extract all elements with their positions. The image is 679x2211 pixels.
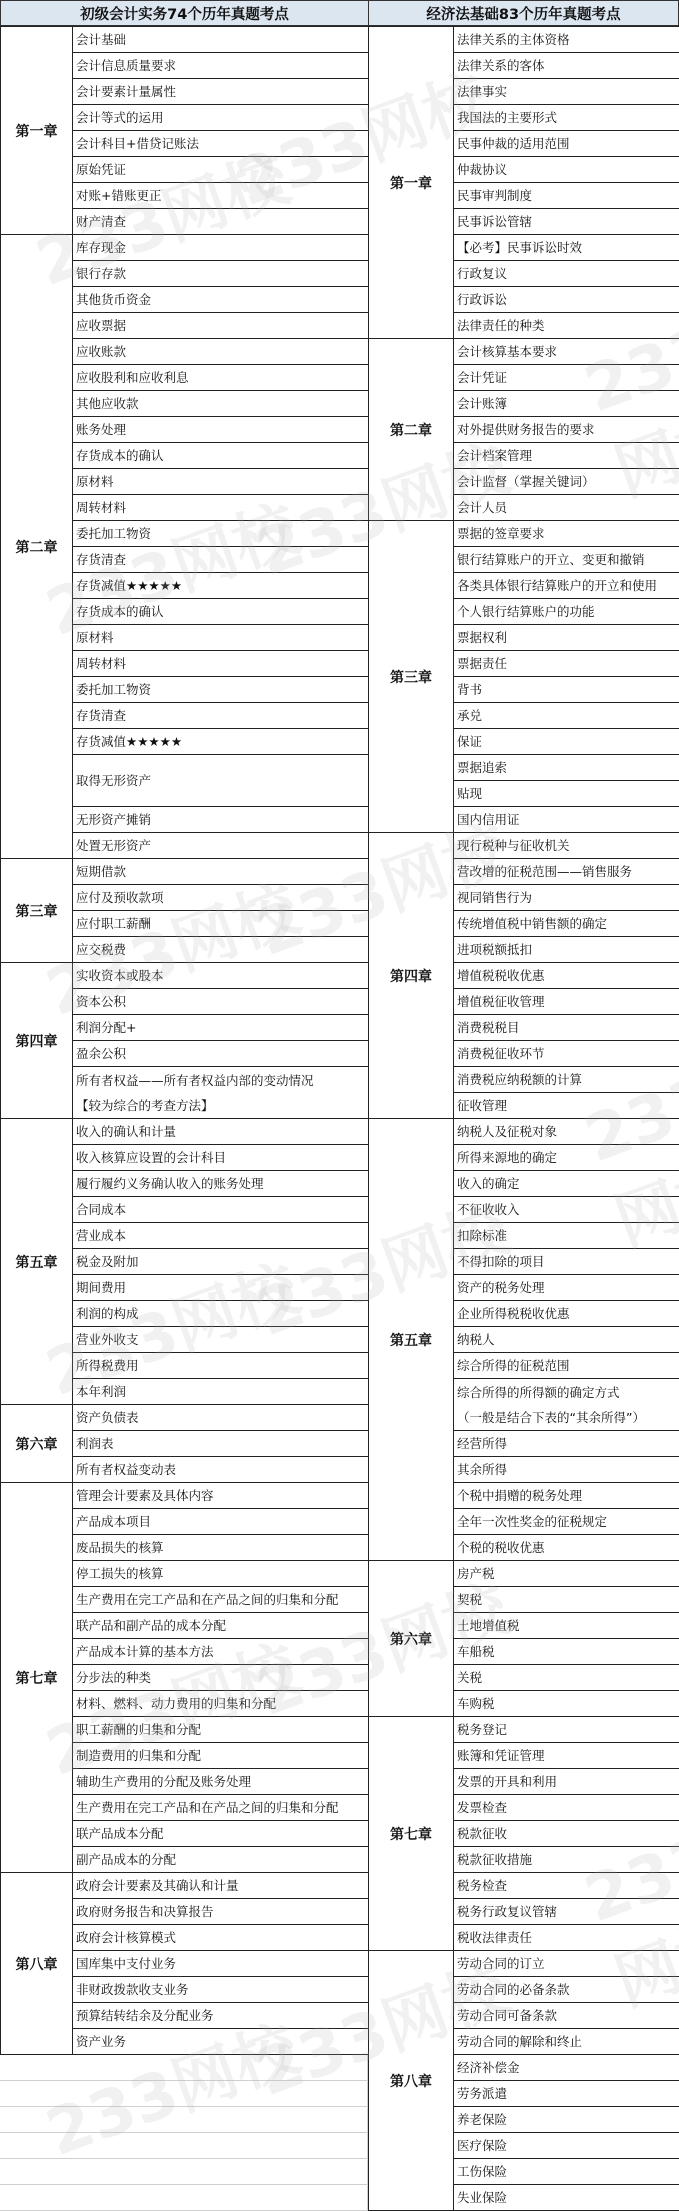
left-topic-cell: 利润表 <box>72 1430 369 1457</box>
topic-text: 民事诉讼管辖 <box>457 209 679 234</box>
left-topic-cell: 账务处理 <box>72 416 369 443</box>
topic-text: 应收票据 <box>76 313 368 338</box>
topic-text: 法律关系的主体资格 <box>457 27 679 52</box>
right-topic-cell: 不征收收入 <box>453 1196 679 1223</box>
topic-text: 对账+错账更正 <box>76 183 368 208</box>
empty-cell <box>0 2107 73 2133</box>
right-topic-cell: 对外提供财务报告的要求 <box>453 416 679 443</box>
topic-text: 存货清查 <box>76 547 368 572</box>
topic-text: 期间费用 <box>76 1275 368 1300</box>
topic-text: 劳动合同的解除和终止 <box>457 2029 679 2054</box>
topic-text: 联产品成本分配 <box>76 1821 368 1846</box>
topic-text: 账簿和凭证管理 <box>457 1743 679 1768</box>
left-topic-cell: 无形资产摊销 <box>72 806 369 833</box>
topic-text: 委托加工物资 <box>76 521 368 546</box>
topic-text: 周转材料 <box>76 651 368 676</box>
right-topic-cell: 房产税 <box>453 1560 679 1587</box>
topic-text: 营改增的征税范围——销售服务 <box>457 859 679 884</box>
right-topic-cell: 全年一次性奖金的征税规定 <box>453 1508 679 1535</box>
right-topic-cell: 纳税人 <box>453 1326 679 1353</box>
empty-cell <box>0 2133 73 2159</box>
topic-text: 保证 <box>457 729 679 754</box>
topic-text: 会计核算基本要求 <box>457 339 679 364</box>
topic-text: 会计人员 <box>457 495 679 520</box>
topic-text: 资产负债表 <box>76 1405 368 1430</box>
left-chapter-cell: 第四章 <box>0 962 73 1119</box>
topic-text: 全年一次性奖金的征税规定 <box>457 1509 679 1534</box>
right-topic-cell: 法律关系的主体资格 <box>453 26 679 53</box>
topic-text: 税款征收 <box>457 1821 679 1846</box>
right-topic-cell: 会计核算基本要求 <box>453 338 679 365</box>
empty-cell <box>0 2055 73 2081</box>
left-topic-cell: 其他货币资金 <box>72 286 369 313</box>
right-topic-cell: 发票的开具和利用 <box>453 1768 679 1795</box>
right-topic-cell: 承兑 <box>453 702 679 729</box>
empty-cell <box>72 2133 368 2159</box>
topic-text: 政府财务报告和决算报告 <box>76 1899 368 1924</box>
topic-text: 政府会计核算模式 <box>76 1925 368 1950</box>
left-topic-cell: 合同成本 <box>72 1196 369 1223</box>
topic-text: 银行存款 <box>76 261 368 286</box>
right-chapter-cell: 第一章 <box>368 26 454 339</box>
left-topic-cell: 本年利润 <box>72 1378 369 1405</box>
left-topic-cell: 取得无形资产 <box>72 754 369 807</box>
topic-text: 应收账款 <box>76 339 368 364</box>
topic-text: 取得无形资产 <box>76 768 368 793</box>
topic-text: 生产费用在完工产品和在产品之间的归集和分配 <box>76 1795 368 1820</box>
left-topic-cell: 应付及预收款项 <box>72 884 369 911</box>
right-topic-cell: 个税中捐赠的税务处理 <box>453 1482 679 1509</box>
left-topic-cell: 应收账款 <box>72 338 369 365</box>
topic-text: 行政复议 <box>457 261 679 286</box>
left-topic-cell: 材料、燃料、动力费用的归集和分配 <box>72 1690 369 1717</box>
topic-text: 其余所得 <box>457 1457 679 1482</box>
right-topic-cell: 税务登记 <box>453 1716 679 1743</box>
topic-text: 材料、燃料、动力费用的归集和分配 <box>76 1691 368 1716</box>
topic-text: 传统增值税中销售额的确定 <box>457 911 679 936</box>
topic-text: 联产品和副产品的成本分配 <box>76 1613 368 1638</box>
right-topic-cell: 企业所得税税收优惠 <box>453 1300 679 1327</box>
left-topic-cell: 营业外收支 <box>72 1326 369 1353</box>
topic-text: 贴现 <box>457 781 679 806</box>
topic-text: 辅助生产费用的分配及账务处理 <box>76 1769 368 1794</box>
right-topic-cell: 车购税 <box>453 1690 679 1717</box>
topic-text: 应付职工薪酬 <box>76 911 368 936</box>
topic-text-line2: （一般是结合下表的“其余所得”） <box>457 1405 679 1430</box>
topic-text: 会计档案管理 <box>457 443 679 468</box>
right-topic-cell: 增值税税收优惠 <box>453 962 679 989</box>
topic-text: 收入的确定 <box>457 1171 679 1196</box>
left-topic-cell: 委托加工物资 <box>72 676 369 703</box>
right-topic-cell: 其余所得 <box>453 1456 679 1483</box>
topic-text: 背书 <box>457 677 679 702</box>
topic-text: 消费税应纳税额的计算 <box>457 1067 679 1092</box>
left-topic-cell: 期间费用 <box>72 1274 369 1301</box>
topic-text: 车船税 <box>457 1639 679 1664</box>
topic-text: 民事仲裁的适用范围 <box>457 131 679 156</box>
right-topic-cell: 会计人员 <box>453 494 679 521</box>
right-topic-cell: 土地增值税 <box>453 1612 679 1639</box>
right-chapter-cell: 第七章 <box>368 1716 454 1951</box>
left-topic-cell: 原始凭证 <box>72 156 369 183</box>
topic-text: 废品损失的核算 <box>76 1535 368 1560</box>
left-topic-cell: 分步法的种类 <box>72 1664 369 1691</box>
left-chapter-cell: 第七章 <box>0 1482 73 1873</box>
right-topic-cell: 劳务派遣 <box>453 2080 679 2107</box>
left-topic-cell: 资产负债表 <box>72 1404 369 1431</box>
topic-text: 【必考】民事诉讼时效 <box>457 235 679 260</box>
topic-text: 个税的税收优惠 <box>457 1535 679 1560</box>
topic-text: 会计科目+借贷记账法 <box>76 131 368 156</box>
topic-text: 养老保险 <box>457 2107 679 2132</box>
topic-text: 票据责任 <box>457 651 679 676</box>
topic-text: 副产品成本的分配 <box>76 1847 368 1872</box>
topic-text: 存货成本的确认 <box>76 599 368 624</box>
topic-text: 资产业务 <box>76 2029 368 2054</box>
right-topic-cell: 现行税种与征收机关 <box>453 832 679 859</box>
right-topic-cell: 营改增的征税范围——销售服务 <box>453 858 679 885</box>
topic-text: 利润的构成 <box>76 1301 368 1326</box>
right-topic-cell: 仲裁协议 <box>453 156 679 183</box>
topic-text: 劳务派遣 <box>457 2081 679 2106</box>
right-topic-cell: 民事仲裁的适用范围 <box>453 130 679 157</box>
right-topic-cell: 劳动合同的必备条款 <box>453 1976 679 2003</box>
left-topic-cell: 存货成本的确认 <box>72 442 369 469</box>
topic-text: 收入核算应设置的会计科目 <box>76 1145 368 1170</box>
topic-text: 税务行政复议管辖 <box>457 1899 679 1924</box>
topic-text: 会计要素计量属性 <box>76 79 368 104</box>
right-topic-cell: 我国法的主要形式 <box>453 104 679 131</box>
left-topic-cell: 收入核算应设置的会计科目 <box>72 1144 369 1171</box>
right-topic-cell: 国内信用证 <box>453 806 679 833</box>
right-topic-cell: 银行结算账户的开立、变更和撤销 <box>453 546 679 573</box>
left-topic-cell: 利润的构成 <box>72 1300 369 1327</box>
topic-text: 收入的确认和计量 <box>76 1119 368 1144</box>
left-topic-cell: 原材料 <box>72 624 369 651</box>
topic-text: 国库集中支付业务 <box>76 1951 368 1976</box>
empty-cell <box>0 2081 73 2107</box>
right-topic-cell: 资产的税务处理 <box>453 1274 679 1301</box>
left-chapter-cell: 第三章 <box>0 858 73 963</box>
right-topic-cell: 票据追索 <box>453 754 679 781</box>
right-topic-cell: 税款征收措施 <box>453 1846 679 1873</box>
left-topic-cell: 存货清查 <box>72 702 369 729</box>
topic-text: 无形资产摊销 <box>76 807 368 832</box>
topic-text: 其他货币资金 <box>76 287 368 312</box>
topic-text: 制造费用的归集和分配 <box>76 1743 368 1768</box>
left-topic-cell: 政府会计核算模式 <box>72 1924 369 1951</box>
right-topic-cell: 【必考】民事诉讼时效 <box>453 234 679 261</box>
left-topic-cell: 辅助生产费用的分配及账务处理 <box>72 1768 369 1795</box>
right-topic-cell: 税款征收 <box>453 1820 679 1847</box>
topic-text: 会计信息质量要求 <box>76 53 368 78</box>
right-topic-cell: 各类具体银行结算账户的开立和使用 <box>453 572 679 599</box>
topic-text: 处置无形资产 <box>76 833 368 858</box>
left-topic-cell: 存货减值★★★★★ <box>72 572 369 599</box>
right-topic-cell: 会计凭证 <box>453 364 679 391</box>
topic-text: 票据权利 <box>457 625 679 650</box>
right-topic-cell: 医疗保险 <box>453 2132 679 2159</box>
topic-text: 劳动合同的订立 <box>457 1951 679 1976</box>
left-topic-cell: 收入的确认和计量 <box>72 1118 369 1145</box>
left-topic-cell: 应付职工薪酬 <box>72 910 369 937</box>
right-topic-cell: 会计档案管理 <box>453 442 679 469</box>
topic-text: 征收管理 <box>457 1093 679 1118</box>
topic-text: 营业外收支 <box>76 1327 368 1352</box>
right-topic-cell: 保证 <box>453 728 679 755</box>
topic-text: 产品成本项目 <box>76 1509 368 1534</box>
right-topic-cell: 征收管理 <box>453 1092 679 1119</box>
right-topic-cell: 票据责任 <box>453 650 679 677</box>
topic-text: 会计基础 <box>76 27 368 52</box>
topic-text: 利润分配+ <box>76 1015 368 1040</box>
topic-text: 委托加工物资 <box>76 677 368 702</box>
empty-cell <box>0 2185 73 2211</box>
left-topic-cell: 政府会计要素及其确认和计量 <box>72 1872 369 1899</box>
topic-text: 税金及附加 <box>76 1249 368 1274</box>
left-topic-cell: 存货成本的确认 <box>72 598 369 625</box>
left-topic-cell: 会计科目+借贷记账法 <box>72 130 369 157</box>
left-topic-cell: 会计等式的运用 <box>72 104 369 131</box>
left-topic-cell: 预算结转结余及分配业务 <box>72 2002 369 2029</box>
left-topic-cell: 联产品成本分配 <box>72 1820 369 1847</box>
left-topic-cell: 会计信息质量要求 <box>72 52 369 79</box>
topic-text: 其他应收款 <box>76 391 368 416</box>
left-topic-cell: 资产业务 <box>72 2028 369 2055</box>
topic-text: 增值税税收优惠 <box>457 963 679 988</box>
empty-cell <box>72 2055 368 2081</box>
topic-text: 消费税征收环节 <box>457 1041 679 1066</box>
right-topic-cell: 会计账簿 <box>453 390 679 417</box>
left-topic-cell: 存货减值★★★★★ <box>72 728 369 755</box>
topic-text: 综合所得的所得额的确定方式 <box>457 1380 679 1405</box>
right-topic-cell: 劳动合同可备条款 <box>453 2002 679 2029</box>
left-topic-cell: 所有者权益变动表 <box>72 1456 369 1483</box>
left-topic-cell: 应收股利和应收利息 <box>72 364 369 391</box>
right-chapter-cell: 第三章 <box>368 520 454 833</box>
header-right: 经济法基础83个历年真题考点 <box>368 0 679 26</box>
topic-text: 法律关系的客体 <box>457 53 679 78</box>
right-topic-cell: 账簿和凭证管理 <box>453 1742 679 1769</box>
right-topic-cell: 会计监督（掌握关键词） <box>453 468 679 495</box>
right-topic-cell: 车船税 <box>453 1638 679 1665</box>
left-topic-cell: 利润分配+ <box>72 1014 369 1041</box>
right-topic-cell: 贴现 <box>453 780 679 807</box>
left-topic-cell: 税金及附加 <box>72 1248 369 1275</box>
left-topic-cell: 国库集中支付业务 <box>72 1950 369 1977</box>
left-topic-cell: 应收票据 <box>72 312 369 339</box>
right-topic-cell: 工伤保险 <box>453 2158 679 2185</box>
right-topic-cell: 民事审判制度 <box>453 182 679 209</box>
empty-cell <box>72 2185 368 2211</box>
left-topic-cell: 银行存款 <box>72 260 369 287</box>
left-topic-cell: 存货清查 <box>72 546 369 573</box>
topic-text: 会计凭证 <box>457 365 679 390</box>
topic-text: 库存现金 <box>76 235 368 260</box>
topic-text: 关税 <box>457 1665 679 1690</box>
topic-text: 营业成本 <box>76 1223 368 1248</box>
right-topic-cell: 消费税应纳税额的计算 <box>453 1066 679 1093</box>
topic-text: 所有者权益变动表 <box>76 1457 368 1482</box>
left-topic-cell: 政府财务报告和决算报告 <box>72 1898 369 1925</box>
topic-text: 综合所得的征税范围 <box>457 1353 679 1378</box>
left-topic-cell: 对账+错账更正 <box>72 182 369 209</box>
right-topic-cell: 法律事实 <box>453 78 679 105</box>
right-topic-cell: 不得扣除的项目 <box>453 1248 679 1275</box>
topic-text: 预算结转结余及分配业务 <box>76 2003 368 2028</box>
right-topic-cell: 综合所得的所得额的确定方式（一般是结合下表的“其余所得”） <box>453 1378 679 1431</box>
topic-text: 原材料 <box>76 469 368 494</box>
topic-text: 短期借款 <box>76 859 368 884</box>
empty-cell <box>72 2081 368 2107</box>
right-chapter-cell: 第二章 <box>368 338 454 521</box>
left-topic-cell: 产品成本计算的基本方法 <box>72 1638 369 1665</box>
left-topic-cell: 会计要素计量属性 <box>72 78 369 105</box>
topic-text: 现行税种与征收机关 <box>457 833 679 858</box>
topic-text: 劳动合同的必备条款 <box>457 1977 679 2002</box>
right-topic-cell: 契税 <box>453 1586 679 1613</box>
left-topic-cell: 产品成本项目 <box>72 1508 369 1535</box>
topic-text: 各类具体银行结算账户的开立和使用 <box>457 573 679 598</box>
topic-text: 增值税征收管理 <box>457 989 679 1014</box>
topic-text: 行政诉讼 <box>457 287 679 312</box>
topic-text: 所有者权益——所有者权益内部的变动情况 <box>76 1068 368 1093</box>
topic-text: 车购税 <box>457 1691 679 1716</box>
topic-text: 税收法律责任 <box>457 1925 679 1950</box>
right-chapter-cell: 第五章 <box>368 1118 454 1561</box>
topic-text: 承兑 <box>457 703 679 728</box>
right-topic-cell: 发票检查 <box>453 1794 679 1821</box>
topic-text: 经营所得 <box>457 1431 679 1456</box>
right-topic-cell: 纳税人及征税对象 <box>453 1118 679 1145</box>
right-topic-cell: 法律关系的客体 <box>453 52 679 79</box>
right-topic-cell: 经营所得 <box>453 1430 679 1457</box>
topic-text: 履行履约义务确认收入的账务处理 <box>76 1171 368 1196</box>
empty-cell <box>72 2107 368 2133</box>
left-topic-cell: 周转材料 <box>72 650 369 677</box>
topic-text: 周转材料 <box>76 495 368 520</box>
right-topic-cell: 票据的签章要求 <box>453 520 679 547</box>
left-topic-cell: 周转材料 <box>72 494 369 521</box>
topic-text: 企业所得税税收优惠 <box>457 1301 679 1326</box>
topic-text: 税务检查 <box>457 1873 679 1898</box>
right-topic-cell: 经济补偿金 <box>453 2054 679 2081</box>
left-topic-cell: 生产费用在完工产品和在产品之间的归集和分配 <box>72 1794 369 1821</box>
topic-text: 国内信用证 <box>457 807 679 832</box>
topic-text: 不征收收入 <box>457 1197 679 1222</box>
topic-text: 房产税 <box>457 1561 679 1586</box>
left-topic-cell: 所有者权益——所有者权益内部的变动情况【较为综合的考查方法】 <box>72 1066 369 1119</box>
right-topic-cell: 收入的确定 <box>453 1170 679 1197</box>
exam-points-table: 初级会计实务74个历年真题考点 经济法基础83个历年真题考点 会计基础会计信息质… <box>0 0 679 2211</box>
right-topic-cell: 扣除标准 <box>453 1222 679 1249</box>
topic-text: 非财政拨款收支业务 <box>76 1977 368 2002</box>
topic-text: 进项税额抵扣 <box>457 937 679 962</box>
topic-text: 本年利润 <box>76 1379 368 1404</box>
right-topic-cell: 消费税征收环节 <box>453 1040 679 1067</box>
topic-text: 银行结算账户的开立、变更和撤销 <box>457 547 679 572</box>
topic-text: 存货减值★★★★★ <box>76 573 368 598</box>
topic-text: 所得税费用 <box>76 1353 368 1378</box>
left-topic-cell: 短期借款 <box>72 858 369 885</box>
left-topic-cell: 库存现金 <box>72 234 369 261</box>
right-topic-cell: 进项税额抵扣 <box>453 936 679 963</box>
right-topic-cell: 行政复议 <box>453 260 679 287</box>
topic-text: 个税中捐赠的税务处理 <box>457 1483 679 1508</box>
right-topic-cell: 税务行政复议管辖 <box>453 1898 679 1925</box>
right-topic-cell: 综合所得的征税范围 <box>453 1352 679 1379</box>
topic-text: 工伤保险 <box>457 2159 679 2184</box>
empty-cell <box>72 2159 368 2185</box>
topic-text: 纳税人 <box>457 1327 679 1352</box>
topic-text: 劳动合同可备条款 <box>457 2003 679 2028</box>
topic-text: 所得来源地的确定 <box>457 1145 679 1170</box>
topic-text: 实收资本或股本 <box>76 963 368 988</box>
topic-text: 我国法的主要形式 <box>457 105 679 130</box>
topic-text: 利润表 <box>76 1431 368 1456</box>
left-topic-cell: 生产费用在完工产品和在产品之间的归集和分配 <box>72 1586 369 1613</box>
left-topic-cell: 所得税费用 <box>72 1352 369 1379</box>
left-topic-cell: 停工损失的核算 <box>72 1560 369 1587</box>
topic-text: 原材料 <box>76 625 368 650</box>
topic-text: 对外提供财务报告的要求 <box>457 417 679 442</box>
right-topic-cell: 劳动合同的订立 <box>453 1950 679 1977</box>
right-topic-cell: 背书 <box>453 676 679 703</box>
topic-text: 存货减值★★★★★ <box>76 729 368 754</box>
topic-text: 不得扣除的项目 <box>457 1249 679 1274</box>
right-topic-cell: 增值税征收管理 <box>453 988 679 1015</box>
topic-text: 存货清查 <box>76 703 368 728</box>
topic-text: 产品成本计算的基本方法 <box>76 1639 368 1664</box>
topic-text: 仲裁协议 <box>457 157 679 182</box>
topic-text: 会计等式的运用 <box>76 105 368 130</box>
left-chapter-cell: 第八章 <box>0 1872 73 2055</box>
topic-text: 会计账簿 <box>457 391 679 416</box>
header-left: 初级会计实务74个历年真题考点 <box>0 0 369 26</box>
topic-text: 管理会计要素及具体内容 <box>76 1483 368 1508</box>
left-topic-cell: 实收资本或股本 <box>72 962 369 989</box>
left-topic-cell: 盈余公积 <box>72 1040 369 1067</box>
topic-text: 合同成本 <box>76 1197 368 1222</box>
right-topic-cell: 民事诉讼管辖 <box>453 208 679 235</box>
right-topic-cell: 传统增值税中销售额的确定 <box>453 910 679 937</box>
right-topic-cell: 失业保险 <box>453 2184 679 2211</box>
topic-text: 存货成本的确认 <box>76 443 368 468</box>
topic-text: 消费税税目 <box>457 1015 679 1040</box>
right-chapter-cell: 第四章 <box>368 832 454 1119</box>
right-topic-cell: 行政诉讼 <box>453 286 679 313</box>
topic-text: 资本公积 <box>76 989 368 1014</box>
right-topic-cell: 法律责任的种类 <box>453 312 679 339</box>
left-topic-cell: 资本公积 <box>72 988 369 1015</box>
left-topic-cell: 管理会计要素及具体内容 <box>72 1482 369 1509</box>
right-topic-cell: 消费税税目 <box>453 1014 679 1041</box>
left-topic-cell: 职工薪酬的归集和分配 <box>72 1716 369 1743</box>
topic-text: 失业保险 <box>457 2185 679 2210</box>
empty-cell <box>0 2159 73 2185</box>
right-topic-cell: 个税的税收优惠 <box>453 1534 679 1561</box>
left-topic-cell: 副产品成本的分配 <box>72 1846 369 1873</box>
left-topic-cell: 其他应收款 <box>72 390 369 417</box>
right-topic-cell: 视同销售行为 <box>453 884 679 911</box>
left-topic-cell: 非财政拨款收支业务 <box>72 1976 369 2003</box>
topic-text: 税务登记 <box>457 1717 679 1742</box>
topic-text: 应收股利和应收利息 <box>76 365 368 390</box>
left-chapter-cell: 第一章 <box>0 26 73 235</box>
topic-text: 民事审判制度 <box>457 183 679 208</box>
topic-text: 票据的签章要求 <box>457 521 679 546</box>
topic-text: 停工损失的核算 <box>76 1561 368 1586</box>
